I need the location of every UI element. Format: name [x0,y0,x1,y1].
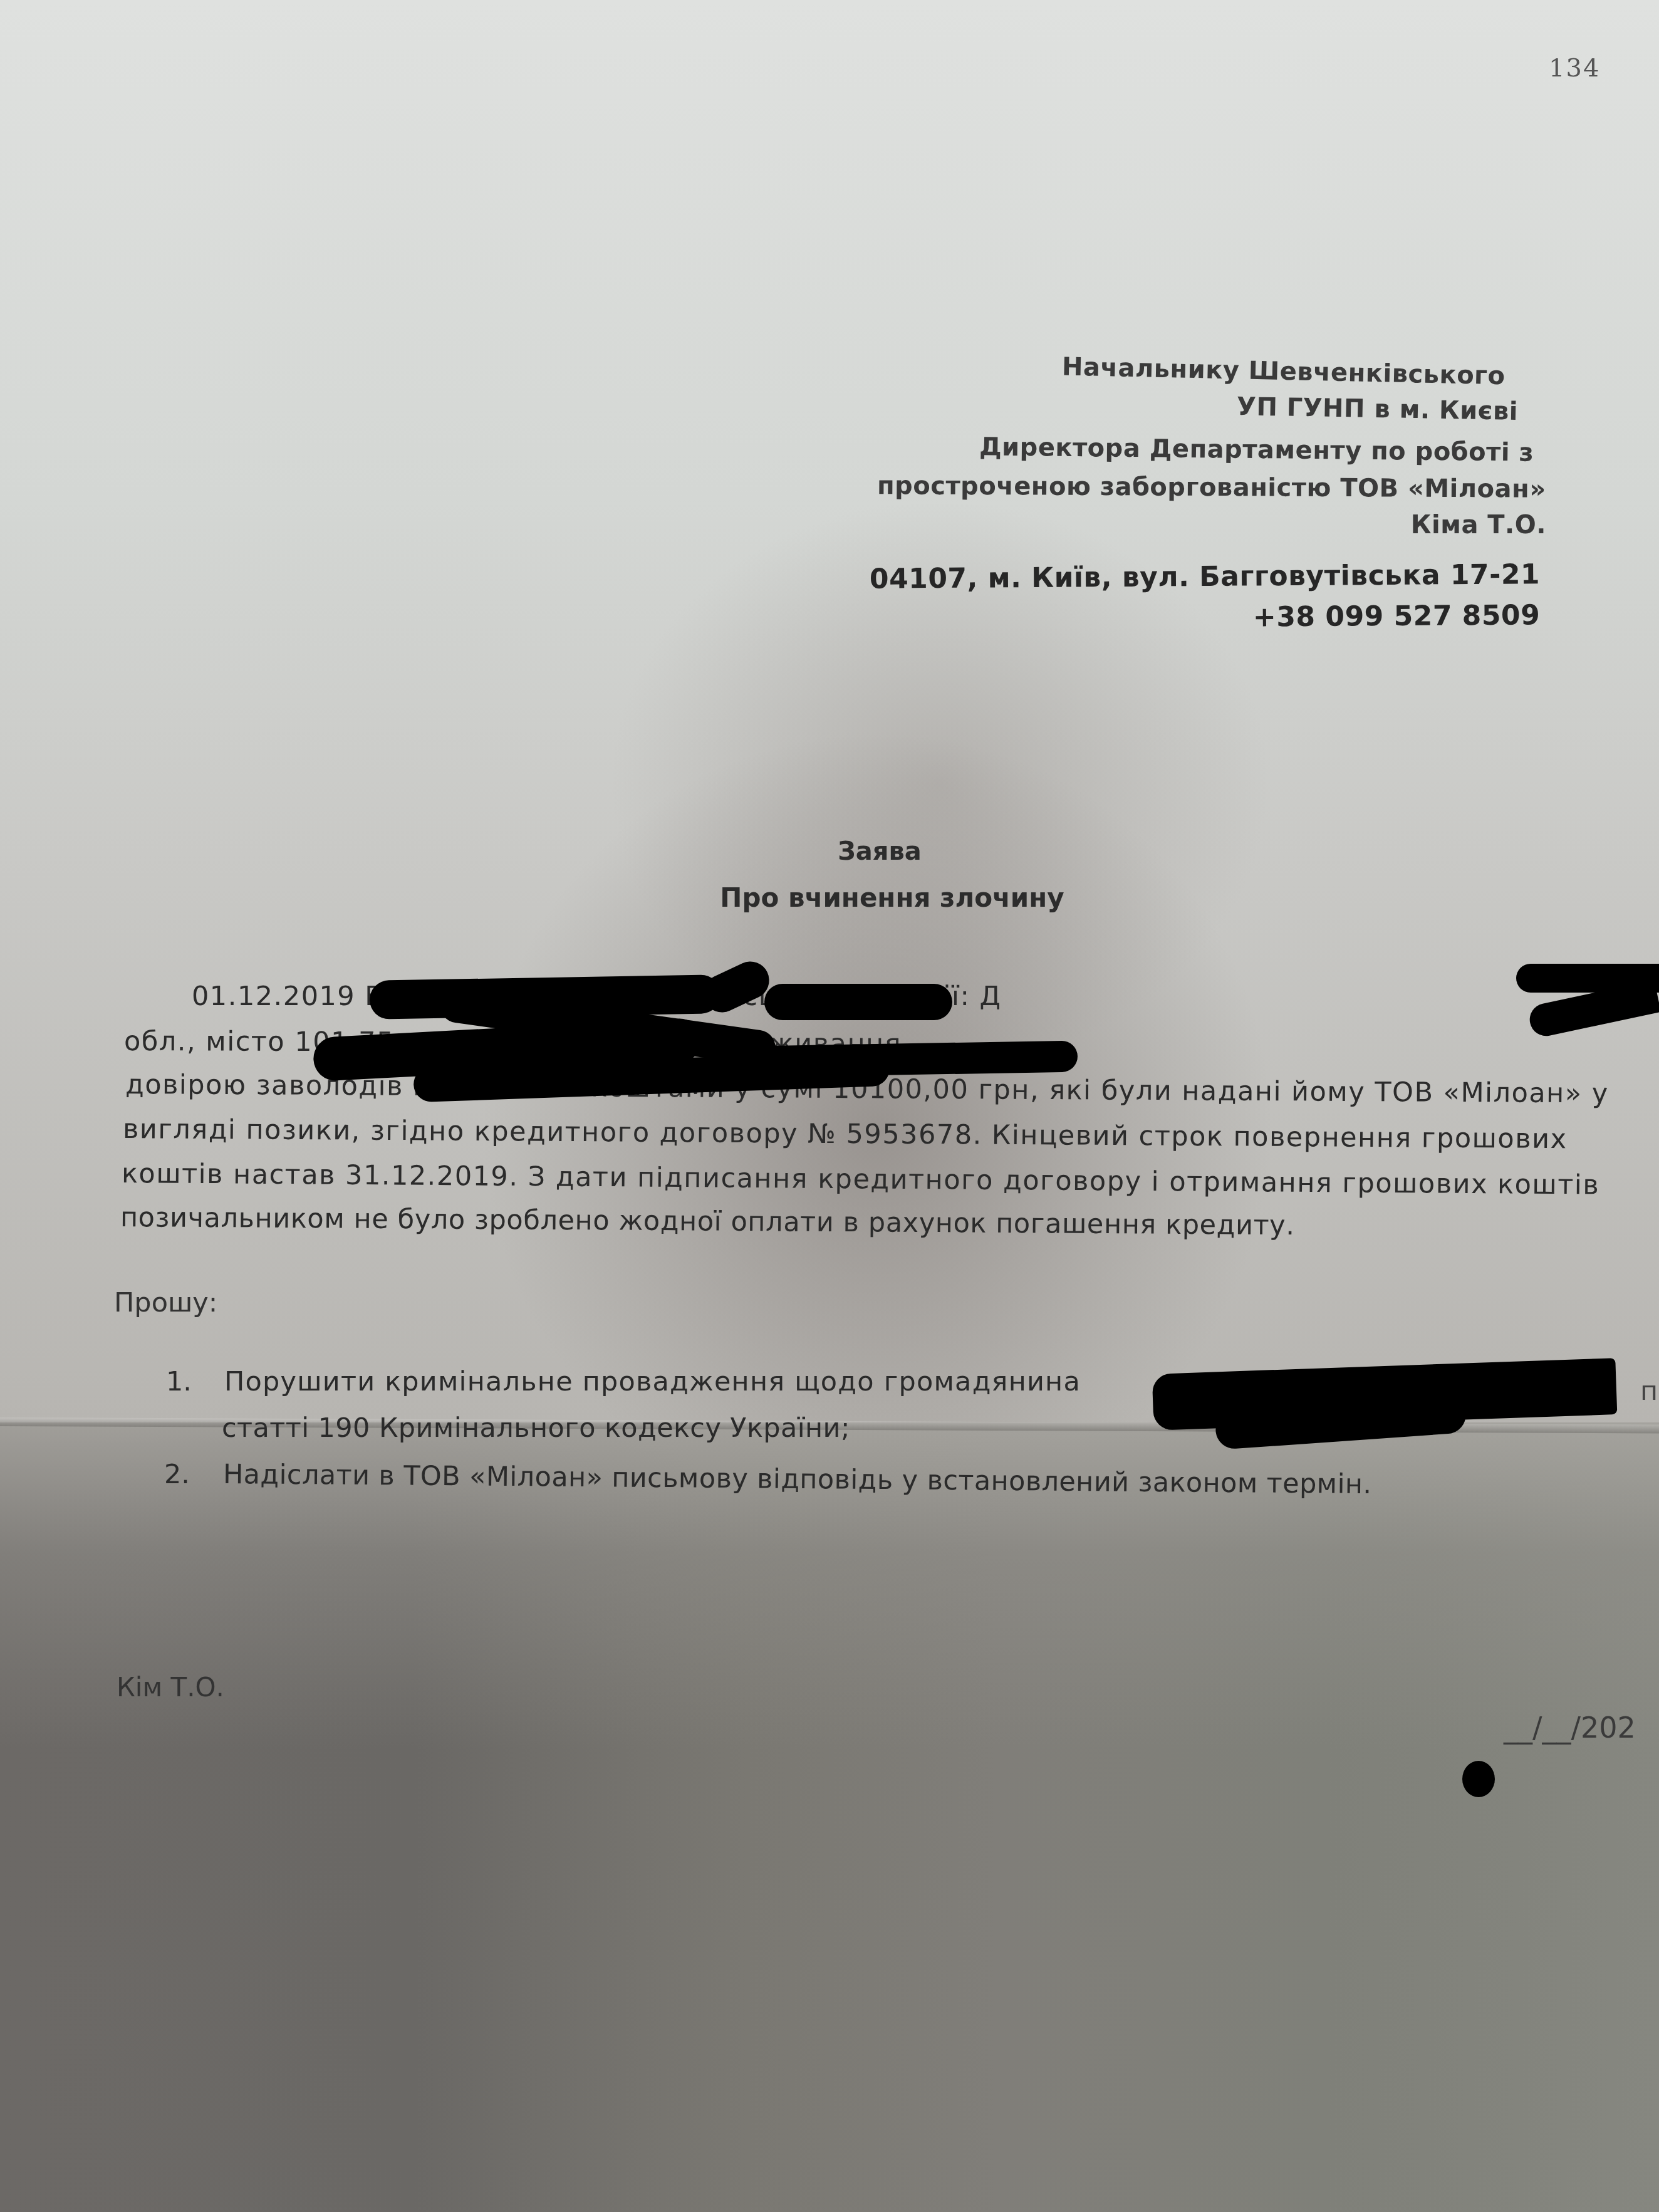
addressee-line: Начальнику Шевченківського [1062,353,1506,391]
sender-address: 04107, м. Київ, вул. Багговутівська 17-2… [870,558,1540,595]
redaction-mark [752,1040,1078,1077]
marker-dot [1462,1761,1495,1797]
signature-name: Кім Т.О. [117,1672,224,1703]
body-line: коштів настав 31.12.2019. З дати підписа… [122,1158,1600,1201]
list-item-number: 2. [164,1459,190,1490]
document-title: Заява [0,837,1659,866]
date-placeholder: __/__/202 [1504,1711,1636,1745]
addressee-line: УП ГУНП в м. Києві [1237,392,1519,426]
list-item-tail: п [1640,1375,1658,1407]
document-subtitle: Про вчинення злочину [0,882,1659,913]
document-page: 134 Начальнику Шевченківського УП ГУНП в… [0,0,1659,2212]
list-item-number: 1. [166,1366,192,1397]
addressee-line: Директора Департаменту по роботі з [979,432,1534,467]
addressee-line: простроченою заборгованістю ТОВ «Мілоан» [877,471,1546,504]
body-line: вигляді позики, згідно кредитного догово… [123,1114,1568,1155]
sender-phone: +38 099 527 8509 [1253,599,1541,633]
list-item: Надіслати в ТОВ «Мілоан» письмову відпов… [223,1459,1372,1500]
request-heading: Прошу: [114,1287,217,1318]
list-item-continuation: статті 190 Кримінального кодексу України… [222,1412,850,1444]
list-item: Порушити кримінальне провадження щодо гр… [224,1366,1081,1397]
page-number: 134 [1549,54,1600,83]
body-line: позичальником не було зроблено жодної оп… [120,1202,1295,1241]
redaction-mark [764,984,952,1020]
addressee-line: Кіма Т.О. [1411,511,1546,540]
